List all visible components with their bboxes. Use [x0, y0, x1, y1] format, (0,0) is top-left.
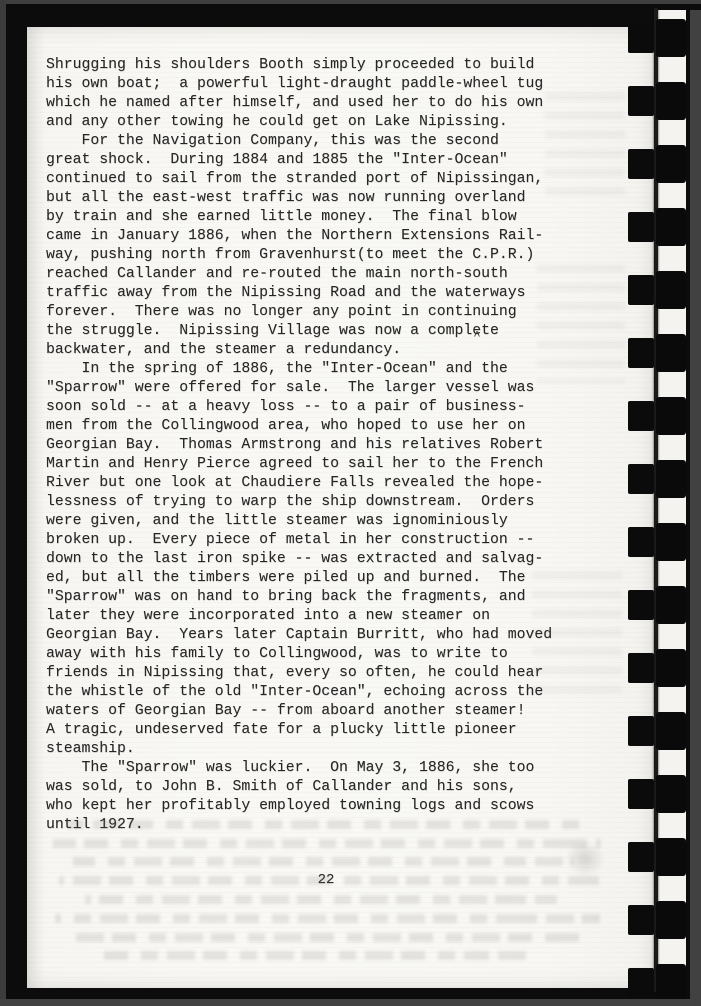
text-line: by train and she earned little money. Th… — [46, 208, 606, 227]
bleedthrough-text-row — [53, 839, 601, 848]
binding-tooth-gap — [656, 838, 686, 876]
binding-punch-hole — [628, 212, 654, 242]
text-line: A tragic, undeserved fate for a plucky l… — [46, 721, 606, 740]
bleedthrough-margin-smear — [532, 572, 622, 702]
text-line: which he named after himself, and used h… — [46, 94, 606, 113]
text-line: soon sold -- at a heavy loss -- to a pai… — [46, 398, 606, 417]
binding-punch-hole — [628, 716, 654, 746]
page-text: Shrugging his shoulders Booth simply pro… — [46, 56, 606, 835]
text-line: "Sparrow" were offered for sale. The lar… — [46, 379, 606, 398]
text-line: continued to sail from the stranded port… — [46, 170, 606, 189]
binding-tooth-gap — [656, 271, 686, 309]
binding-tooth-gap — [656, 649, 686, 687]
scanned-book-page: Shrugging his shoulders Booth simply pro… — [0, 0, 701, 1006]
scan-edge-top — [0, 0, 701, 4]
text-line: great shock. During 1884 and 1885 the "I… — [46, 151, 606, 170]
text-line: men from the Collingwood area, who hoped… — [46, 417, 606, 436]
text-line: the whistle of the old "Inter-Ocean", ec… — [46, 683, 606, 702]
text-line: lessness of trying to warp the ship down… — [46, 493, 606, 512]
bleedthrough-text-row — [75, 933, 587, 942]
binding-punch-hole — [628, 149, 654, 179]
text-line: was sold, to John B. Smith of Callander … — [46, 778, 606, 797]
text-line: came in January 1886, when the Northern … — [46, 227, 606, 246]
text-line: reached Callander and re-routed the main… — [46, 265, 606, 284]
binding-tooth-gap — [656, 775, 686, 813]
binding-tooth-gap — [656, 964, 686, 1002]
text-line: Georgian Bay. Thomas Armstrong and his r… — [46, 436, 606, 455]
binding-punch-hole — [628, 779, 654, 809]
binding-punch-hole — [628, 968, 654, 998]
text-line: backwater, and the steamer a redundancy. — [46, 341, 606, 360]
bleedthrough-margin-smear — [537, 265, 625, 383]
binding-tooth-gap — [656, 334, 686, 372]
text-line: and any other towing he could get on Lak… — [46, 113, 606, 132]
text-line: his own boat; a powerful light-draught p… — [46, 75, 606, 94]
scan-edge-right — [690, 10, 701, 1006]
binding-tooth-gap — [656, 586, 686, 624]
binding-punch-hole — [628, 464, 654, 494]
binding-punch-hole — [628, 653, 654, 683]
text-line: friends in Nipissing that, every so ofte… — [46, 664, 606, 683]
scan-edge-left — [0, 0, 6, 1006]
binding-tooth-gap — [656, 19, 686, 57]
text-line: away with his family to Collingwood, was… — [46, 645, 606, 664]
text-line: The "Sparrow" was luckier. On May 3, 188… — [46, 759, 606, 778]
correction-caret-mark: ^ — [471, 331, 483, 341]
bleedthrough-margin-smear — [545, 93, 625, 205]
text-line: traffic away from the Nipissing Road and… — [46, 284, 606, 303]
binding-punch-hole — [628, 905, 654, 935]
text-line: waters of Georgian Bay -- from aboard an… — [46, 702, 606, 721]
binding-tooth-gap — [656, 145, 686, 183]
binding-punch-hole — [628, 86, 654, 116]
text-line: were given, and the little steamer was i… — [46, 512, 606, 531]
binding-punch-hole — [628, 842, 654, 872]
binding-tooth-gap — [656, 397, 686, 435]
binding-tooth-gap — [656, 208, 686, 246]
binding-punch-hole — [628, 590, 654, 620]
text-line: but all the east-west traffic was now ru… — [46, 189, 606, 208]
binding-punch-hole — [628, 275, 654, 305]
binding-tooth-gap — [656, 523, 686, 561]
binding-punch-hole — [628, 23, 654, 53]
text-line: steamship. — [46, 740, 606, 759]
bleedthrough-text-row — [97, 951, 527, 960]
text-line: down to the last iron spike -- was extra… — [46, 550, 606, 569]
binding-punch-hole — [628, 338, 654, 368]
comb-binding — [628, 0, 686, 1006]
text-line: "Sparrow" was on hand to bring back the … — [46, 588, 606, 607]
text-line: Georgian Bay. Years later Captain Burrit… — [46, 626, 606, 645]
bleedthrough-text-row — [59, 876, 599, 885]
paper-smudge — [565, 842, 605, 876]
text-line: broken up. Every piece of metal in her c… — [46, 531, 606, 550]
bleedthrough-text-row — [73, 857, 573, 866]
text-line: In the spring of 1886, the "Inter-Ocean"… — [46, 360, 606, 379]
text-line: For the Navigation Company, this was the… — [46, 132, 606, 151]
binding-tooth-gap — [656, 460, 686, 498]
scan-edge-bottom — [0, 999, 701, 1006]
bleedthrough-text-row — [85, 895, 557, 904]
binding-tooth-gap — [656, 82, 686, 120]
text-line: Shrugging his shoulders Booth simply pro… — [46, 56, 606, 75]
binding-punch-hole — [628, 401, 654, 431]
binding-tooth-gap — [656, 901, 686, 939]
text-line: the struggle. Nipissing Village was now … — [46, 322, 606, 341]
text-line: later they were incorporated into a new … — [46, 607, 606, 626]
text-line: ed, but all the timbers were piled up an… — [46, 569, 606, 588]
text-line: forever. There was no longer any point i… — [46, 303, 606, 322]
text-line: way, pushing north from Gravenhurst(to m… — [46, 246, 606, 265]
binding-tooth-gap — [656, 712, 686, 750]
bleedthrough-text-row — [55, 914, 600, 923]
text-line: who kept her profitably employed towning… — [46, 797, 606, 816]
bleedthrough-text-row — [67, 820, 587, 829]
text-line: River but one look at Chaudiere Falls re… — [46, 474, 606, 493]
paper-page: Shrugging his shoulders Booth simply pro… — [27, 27, 654, 988]
text-line: Martin and Henry Pierce agreed to sail h… — [46, 455, 606, 474]
binding-punch-hole — [628, 527, 654, 557]
